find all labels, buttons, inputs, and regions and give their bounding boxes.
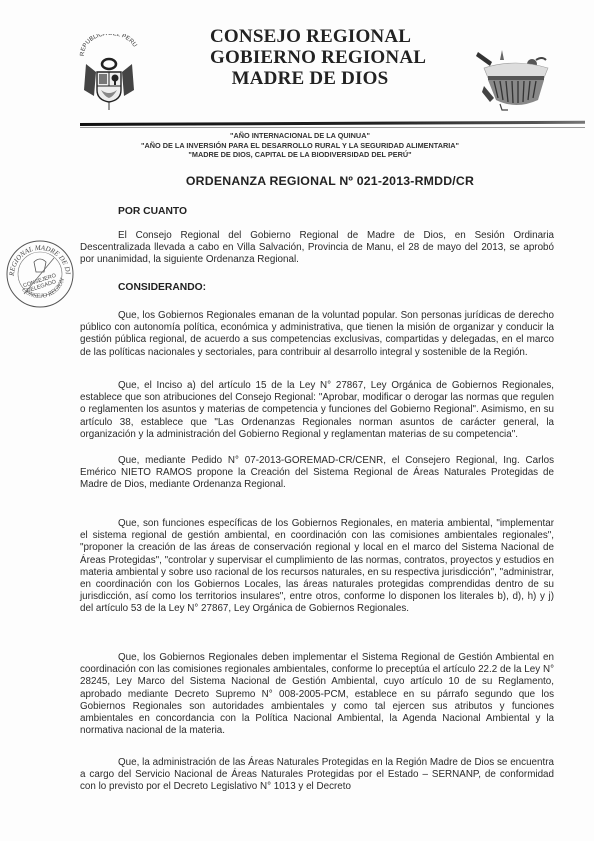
year-mottos: "AÑO INTERNACIONAL DE LA QUINUA" "AÑO DE…: [100, 131, 500, 160]
por-cuanto-heading: POR CUANTO: [118, 206, 187, 217]
document-page: REPUBLICA DEL PERU CONSEJO REGIONAL GOBI…: [0, 0, 594, 841]
considerando-heading: CONSIDERANDO:: [118, 282, 206, 293]
header-divider: [80, 121, 585, 126]
header-divider-thin: [80, 127, 585, 128]
considerando-paragraph-2: Que, el Inciso a) del artículo 15 de la …: [80, 380, 554, 441]
emblem-caption: REPUBLICA DEL PERU: [80, 34, 138, 56]
motto-line-1: "AÑO INTERNACIONAL DE LA QUINUA": [100, 131, 500, 141]
motto-line-2: "AÑO DE LA INVERSIÓN PARA EL DESARROLLO …: [100, 141, 500, 151]
considerando-paragraph-1: Que, los Gobiernos Regionales emanan de …: [80, 310, 554, 359]
consejo-regional-seal-icon: REGIONAL MADRE DE DIOS CONSEJO REGIONAL …: [4, 238, 76, 310]
header-title-line-2: GOBIERNO REGIONAL: [210, 47, 410, 68]
header-title-line-3: MADRE DE DIOS: [210, 68, 410, 89]
motto-line-3: "MADRE DE DIOS, CAPITAL DE LA BIODIVERSI…: [100, 150, 500, 160]
considerando-paragraph-3: Que, mediante Pedido N° 07-2013-GOREMAD-…: [80, 455, 554, 492]
madre-de-dios-regional-emblem-icon: [470, 50, 560, 112]
considerando-paragraph-5: Que, los Gobiernos Regionales deben impl…: [80, 652, 554, 737]
svg-text:REPUBLICA DEL PERU: REPUBLICA DEL PERU: [80, 34, 138, 56]
header-title: CONSEJO REGIONAL GOBIERNO REGIONAL MADRE…: [210, 26, 410, 89]
considerando-paragraph-4: Que, son funciones específicas de los Go…: [80, 518, 554, 616]
considerando-paragraph-6: Que, la administración de las Áreas Natu…: [80, 757, 554, 794]
ordenanza-title: ORDENANZA REGIONAL Nº 021-2013-RMDD/CR: [100, 174, 560, 188]
header-title-line-1: CONSEJO REGIONAL: [210, 26, 410, 47]
peru-coat-of-arms-icon: REPUBLICA DEL PERU: [78, 34, 140, 112]
por-cuanto-paragraph: El Consejo Regional del Gobierno Regiona…: [80, 230, 554, 267]
